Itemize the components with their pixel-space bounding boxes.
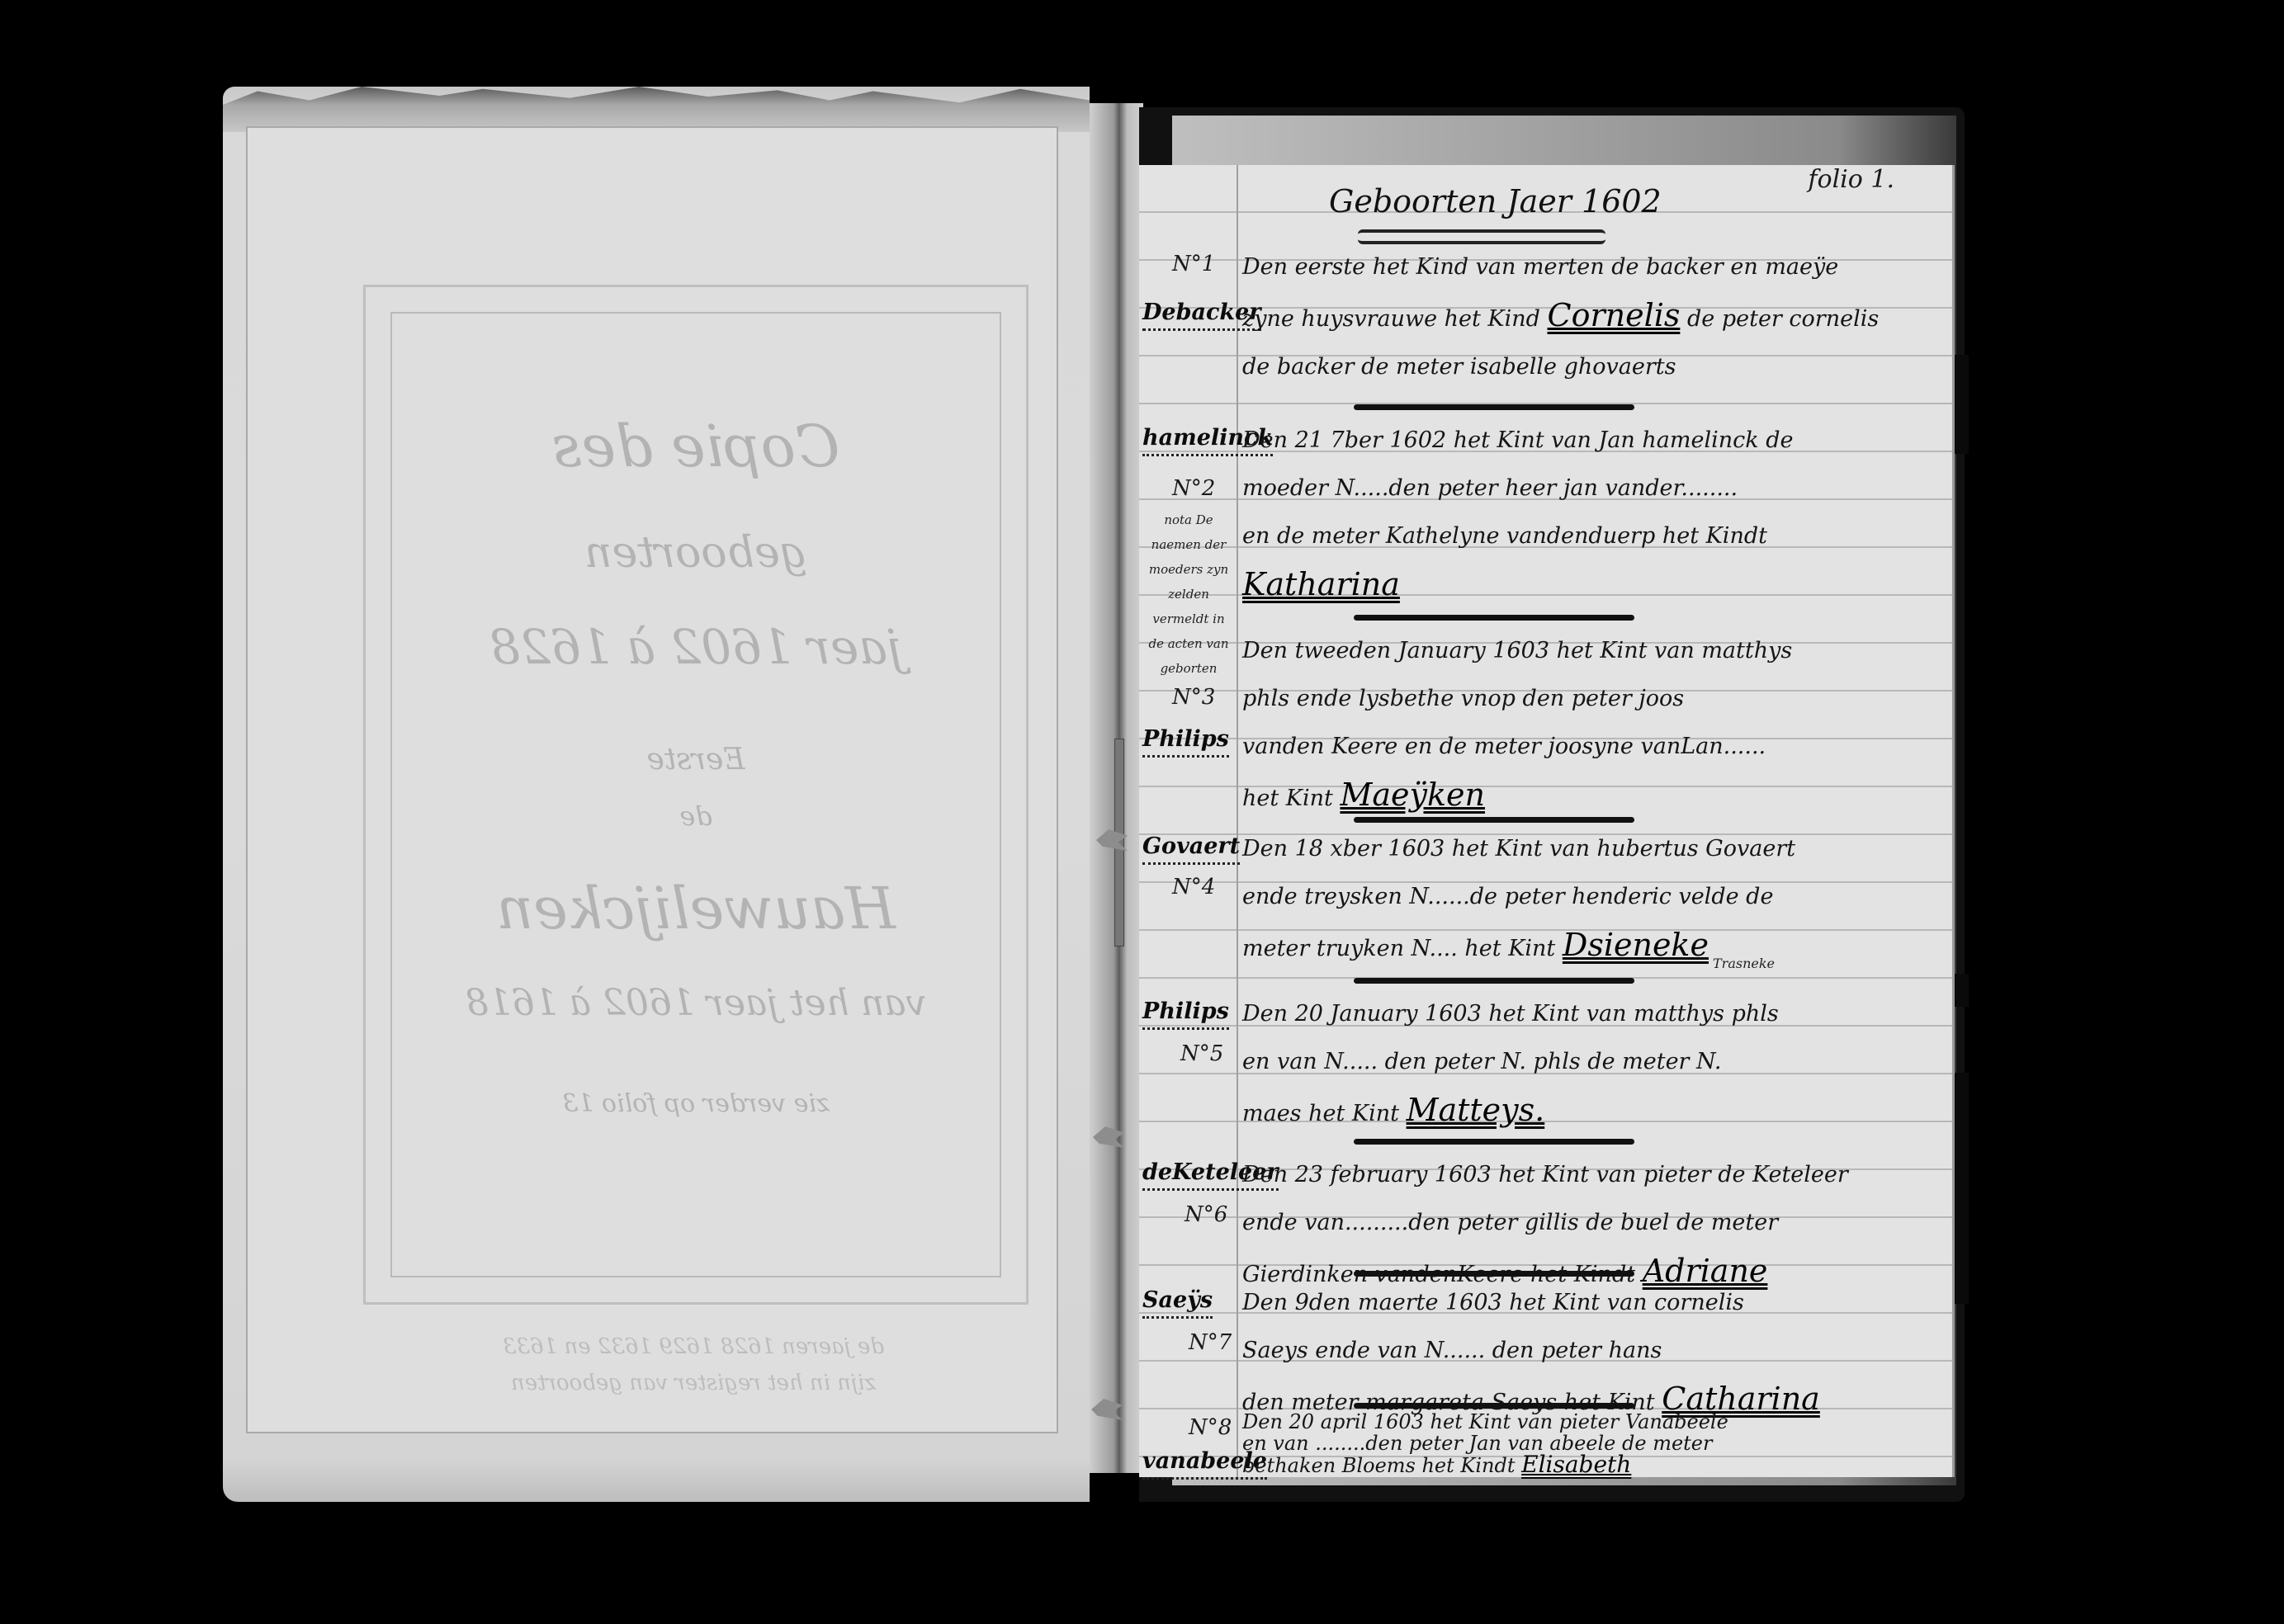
entry-line: Den 9den maerte 1603 het Kint van cornel… [1242, 1279, 1936, 1327]
mirrored-footer-line: zijn in het register van geboorten [363, 1365, 1024, 1401]
entry-number: N°6 [1185, 1202, 1227, 1227]
entry-text: Den 20 april 1603 het Kint van pieter Va… [1242, 1411, 1936, 1476]
entry-line-text: zyne huysvrauwe het Kind [1242, 306, 1540, 332]
entry-number: N°2 [1172, 476, 1215, 501]
entry-line: Den tweeden January 1603 het Kint van ma… [1242, 627, 1936, 675]
entry-line-text: de peter cornelis [1687, 306, 1879, 332]
open-register-book: Copie des geboorten jaer 1602 à 1628 Eer… [223, 87, 1960, 1502]
entry-text: Den 20 January 1603 het Kint van matthys… [1242, 990, 1936, 1138]
entry-line-text: maes het Kint [1242, 1101, 1399, 1126]
heading-double-rule [1358, 229, 1605, 244]
child-name: Maeÿken [1340, 777, 1485, 813]
entry-line: Den eerste het Kind van merten de backer… [1242, 243, 1936, 291]
entry-separator [1354, 1139, 1634, 1145]
margin-rule [1237, 165, 1238, 1477]
entry-line: vanden Keere en de meter joosyne vanLan.… [1242, 723, 1936, 771]
entry-separator [1354, 1271, 1634, 1277]
entry-line: Den 20 January 1603 het Kint van matthys… [1242, 990, 1936, 1038]
page-heading: Geboorten Jaer 1602 [1329, 183, 1662, 220]
mirrored-title-line: zie verder op folio 13 [392, 1089, 1000, 1118]
mirrored-title-line: de [392, 800, 1000, 832]
entry-line: en van N..... den peter N. phls de meter… [1242, 1038, 1936, 1086]
entry-line: de backer de meter isabelle ghovaerts [1242, 343, 1936, 391]
entry-separator [1354, 817, 1634, 823]
entry-line: ende van.........den peter gillis de bue… [1242, 1199, 1936, 1247]
entry-text: Den 21 7ber 1602 het Kint van Jan hameli… [1242, 417, 1936, 612]
entry-number: N°1 [1172, 252, 1215, 276]
entry-separator [1354, 615, 1634, 621]
entry-separator [1354, 1403, 1634, 1409]
child-name: Cornelis [1548, 297, 1681, 333]
entry-text: Den 18 xber 1603 het Kint van hubertus G… [1242, 825, 1936, 973]
entry-line: bethaken Bloems het Kindt Elisabeth [1242, 1454, 1936, 1476]
binding-stitch-icon [1093, 1126, 1124, 1148]
entry-line: Katharina [1242, 560, 1936, 612]
entry-surname: Govaert [1142, 833, 1240, 865]
child-name: Katharina [1242, 566, 1400, 602]
entry-line: meter truyken N.... het Kint Dsieneke [1242, 921, 1936, 973]
register-sheet: folio 1. Geboorten Jaer 1602 N°1 Debacke… [1139, 165, 1955, 1477]
entry-line: zyne huysvrauwe het Kind Cornelis de pet… [1242, 291, 1936, 343]
child-name: Dsieneke [1563, 927, 1709, 963]
mirrored-title-line: Eerste [392, 743, 1000, 777]
child-name-gloss: Trasneke [1713, 956, 1775, 971]
entry-line: maes het Kint Matteys. [1242, 1086, 1936, 1138]
entry-line: phls ende lysbethe vnop den peter joos [1242, 675, 1936, 723]
entry-line: Den 20 april 1603 het Kint van pieter Va… [1242, 1411, 1936, 1433]
entry-separator [1354, 978, 1634, 984]
entry-text: Den tweeden January 1603 het Kint van ma… [1242, 627, 1936, 823]
entry-number: N°8 [1189, 1415, 1232, 1440]
binding-stitch-icon [1091, 1399, 1123, 1420]
entry-line: moeder N.....den peter heer jan vander..… [1242, 465, 1936, 512]
entry-line-text: meter truyken N.... het Kint [1242, 936, 1555, 961]
child-name: Matteys. [1407, 1092, 1545, 1128]
book-spine-gutter [1090, 103, 1143, 1473]
entry-separator [1354, 404, 1634, 410]
torn-page-edge [223, 87, 1090, 132]
entry-line: Den 23 february 1603 het Kint van pieter… [1242, 1151, 1936, 1199]
entry-line: en de meter Kathelyne vandenduerp het Ki… [1242, 512, 1936, 560]
entry-number: N°4 [1172, 875, 1215, 899]
entry-text: Den eerste het Kind van merten de backer… [1242, 243, 1936, 391]
entry-line: ende treysken N......de peter henderic v… [1242, 873, 1936, 921]
mirrored-title-line: Hauwelijcken [392, 875, 1000, 942]
flyleaf-sheet: Copie des geboorten jaer 1602 à 1628 Eer… [246, 126, 1058, 1433]
mirrored-title-line: jaer 1602 à 1628 [392, 619, 1000, 675]
entry-text: Den 23 february 1603 het Kint van pieter… [1242, 1151, 1936, 1299]
entry-surname: Philips [1142, 726, 1229, 758]
entry-number: N°5 [1180, 1041, 1223, 1066]
entry-line: Den 18 xber 1603 het Kint van hubertus G… [1242, 825, 1936, 873]
entry-line-text: het Kint [1242, 786, 1333, 811]
mirrored-title-line: van het jaer 1602 à 1618 [392, 982, 1000, 1024]
entry-line: Saeys ende van N...... den peter hans [1242, 1327, 1936, 1375]
entry-surname: Saeÿs [1142, 1287, 1213, 1319]
mirrored-footer-line: de jaeren 1628 1629 1632 en 1633 [363, 1329, 1024, 1365]
title-frame-inner: Copie des geboorten jaer 1602 à 1628 Eer… [390, 312, 1001, 1277]
folio-number: folio 1. [1808, 165, 1894, 194]
entry-line: Den 21 7ber 1602 het Kint van Jan hameli… [1242, 417, 1936, 465]
entry-line: het Kint Maeÿken [1242, 771, 1936, 823]
left-flyleaf-page: Copie des geboorten jaer 1602 à 1628 Eer… [223, 87, 1090, 1502]
mirrored-title-line: Copie des [392, 413, 1000, 480]
child-name: Elisabeth [1521, 1451, 1631, 1478]
entry-line-text: bethaken Bloems het Kindt [1242, 1454, 1515, 1477]
entry-number: N°3 [1172, 685, 1215, 710]
mirrored-footer: de jaeren 1628 1629 1632 en 1633 zijn in… [363, 1329, 1024, 1401]
entry-number: N°7 [1189, 1330, 1232, 1355]
mirrored-title-line: geboorten [392, 528, 1000, 578]
margin-note: nota De naemen der moeders zyn zelden ve… [1147, 507, 1230, 681]
title-frame: Copie des geboorten jaer 1602 à 1628 Eer… [363, 285, 1029, 1305]
right-register-page: folio 1. Geboorten Jaer 1602 N°1 Debacke… [1139, 107, 1965, 1502]
entry-surname: Philips [1142, 998, 1229, 1030]
